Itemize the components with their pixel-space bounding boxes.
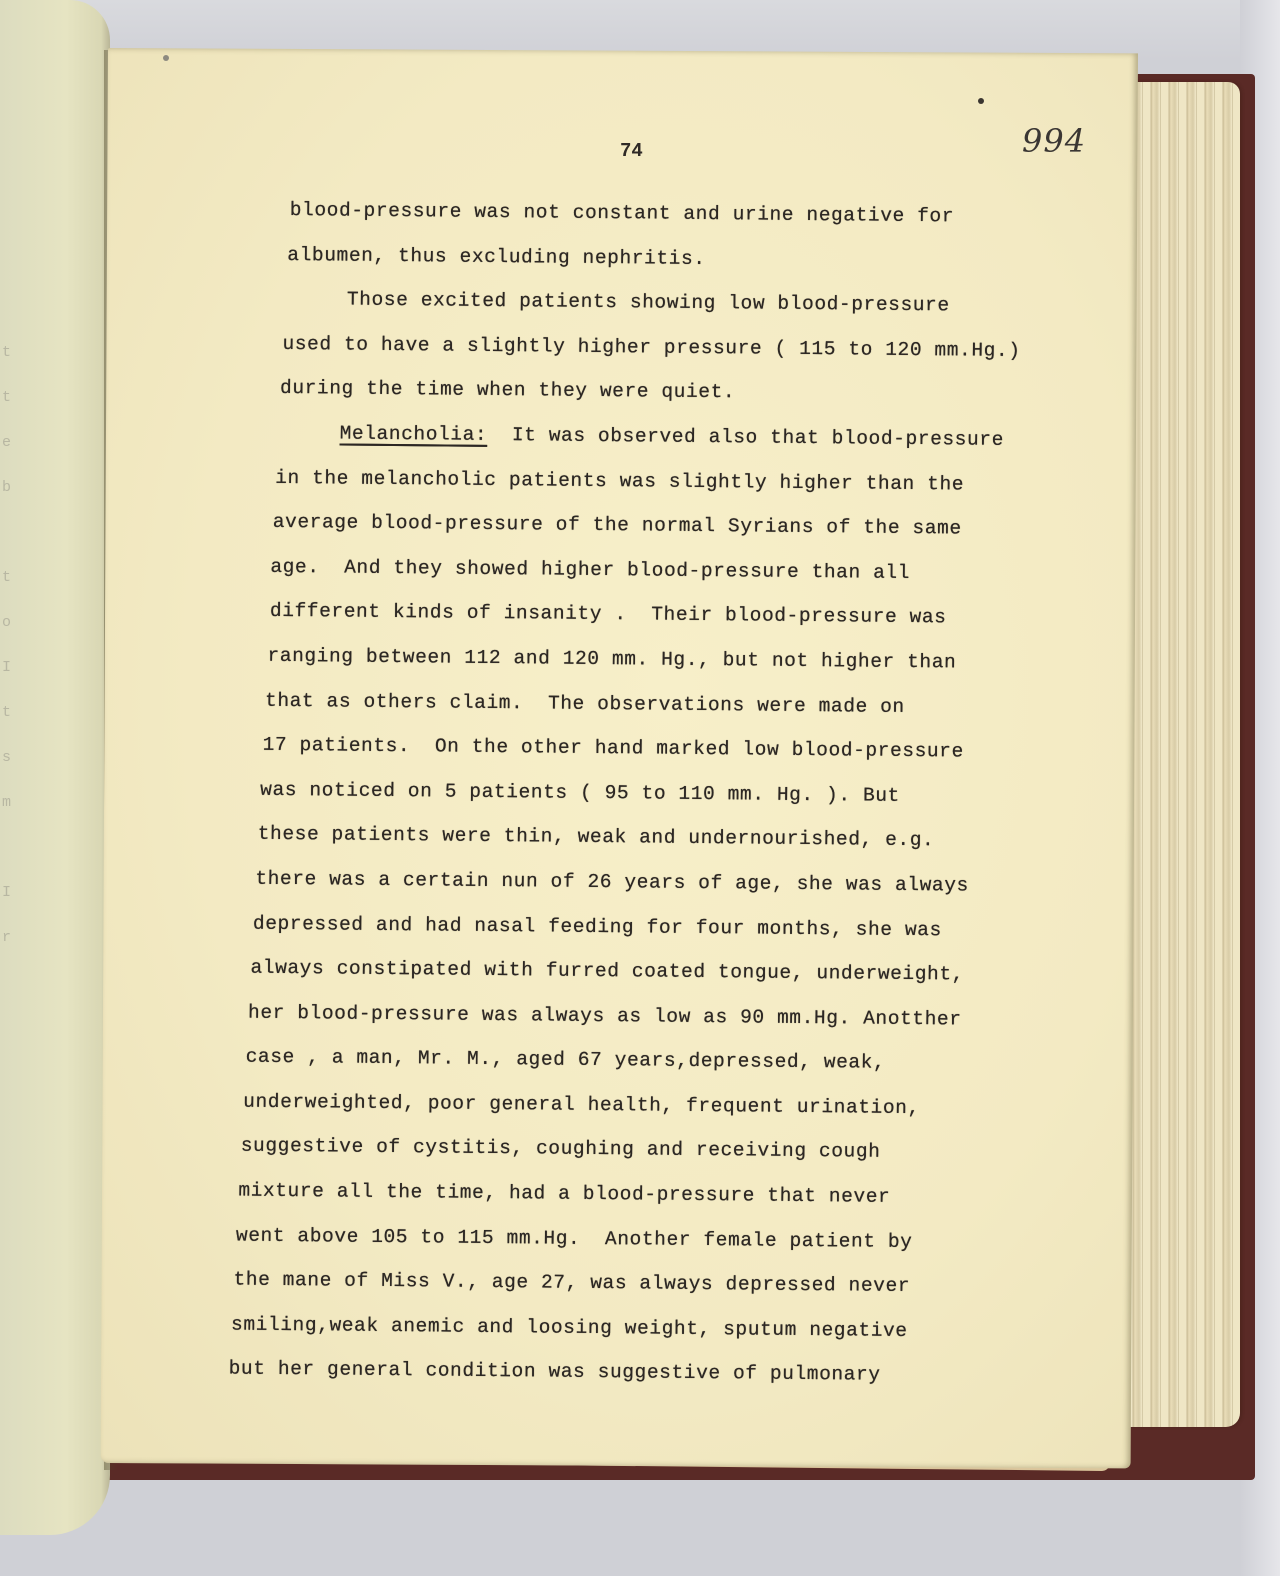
- text-line: during the time when they were quiet.: [280, 366, 1088, 418]
- text-line: blood-pressure was not constant and urin…: [290, 188, 1090, 240]
- text-line: always constipated with furred coated to…: [250, 946, 1082, 999]
- text-line: case , a man, Mr. M., aged 67 years,depr…: [245, 1035, 1081, 1088]
- text-line: Those excited patients showing low blood…: [285, 277, 1089, 329]
- text-line: her blood-pressure was always as low as …: [248, 990, 1082, 1043]
- text-line: average blood-pressure of the normal Syr…: [273, 500, 1087, 552]
- handwritten-folio-number: 994: [1022, 122, 1086, 160]
- text-line: the mane of Miss V., age 27, was always …: [233, 1258, 1079, 1311]
- text-line: that as others claim. The observations w…: [265, 678, 1085, 730]
- left-page-bleed-through: tteb toItsm Ir: [2, 330, 18, 960]
- text-line: there was a certain nun of 26 years of a…: [255, 857, 1083, 910]
- bleed-glyph: t: [2, 555, 18, 600]
- hole-punch-mark: [163, 55, 169, 61]
- typewritten-text: blood-pressure was not constant and urin…: [278, 188, 1090, 1400]
- bleed-glyph: s: [2, 735, 18, 780]
- bleed-glyph: r: [2, 915, 18, 960]
- text-line: was noticed on 5 patients ( 95 to 110 mm…: [260, 767, 1084, 820]
- bleed-glyph: [2, 825, 18, 870]
- text-line: different kinds of insanity . Their bloo…: [270, 589, 1086, 641]
- text-line: Melancholia: It was observed also that b…: [277, 411, 1087, 463]
- text-line: age. And they showed higher blood-pressu…: [270, 545, 1086, 597]
- text-line: used to have a slightly higher pressure …: [282, 322, 1088, 374]
- bleed-glyph: I: [2, 645, 18, 690]
- text-line: underweighted, poor general health, freq…: [243, 1079, 1081, 1132]
- text-line: but her general condition was suggestive…: [228, 1347, 1078, 1400]
- text-line: suggestive of cystitis, coughing and rec…: [241, 1124, 1081, 1177]
- text-line: depressed and had nasal feeding for four…: [253, 901, 1083, 954]
- bleed-glyph: e: [2, 420, 18, 465]
- page-block-edge: [1125, 82, 1240, 1427]
- bleed-glyph: t: [2, 330, 18, 375]
- section-heading-melancholia: Melancholia:: [340, 422, 488, 445]
- bleed-glyph: [2, 510, 18, 555]
- text-line: smiling,weak anemic and loosing weight, …: [231, 1302, 1079, 1355]
- page-number: 74: [620, 140, 643, 162]
- bleed-glyph: b: [2, 465, 18, 510]
- bleed-glyph: t: [2, 375, 18, 420]
- text-line: albumen, thus excluding nephritis.: [287, 233, 1089, 285]
- text-span: It was observed also that blood-pressure: [487, 424, 1004, 451]
- left-page: tteb toItsm Ir: [0, 0, 110, 1535]
- text-line: mixture all the time, had a blood-pressu…: [238, 1169, 1080, 1222]
- text-line: went above 105 to 115 mm.Hg. Another fem…: [236, 1213, 1080, 1266]
- text-line: 17 patients. On the other hand marked lo…: [262, 723, 1084, 775]
- bleed-glyph: I: [2, 870, 18, 915]
- bleed-glyph: o: [2, 600, 18, 645]
- bleed-glyph: t: [2, 690, 18, 735]
- text-line: these patients were thin, weak and under…: [258, 812, 1084, 865]
- text-line: ranging between 112 and 120 mm. Hg., but…: [267, 634, 1085, 686]
- ink-dot-mark: [978, 98, 984, 104]
- text-line: in the melancholic patients was slightly…: [275, 455, 1087, 507]
- bleed-glyph: m: [2, 780, 18, 825]
